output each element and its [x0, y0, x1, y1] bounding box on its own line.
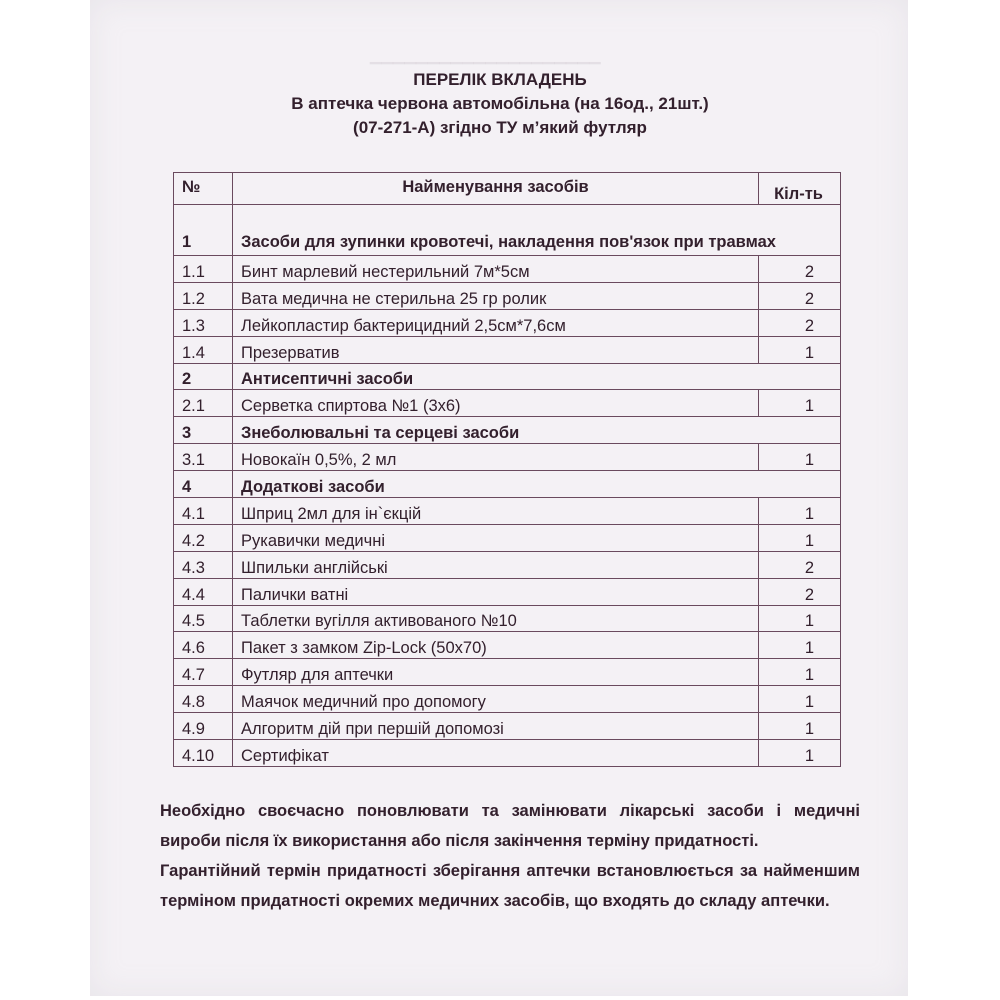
item-name: Бинт марлевий нестерильний 7м*5см	[233, 256, 759, 283]
item-num: 2.1	[174, 390, 233, 417]
item-name: Пакет з замком Zip-Lock (50х70)	[233, 632, 759, 659]
table-row: 4.10Сертифікат1	[174, 740, 841, 767]
note-renewal: Необхідно своєчасно поновлювати та замін…	[160, 796, 860, 856]
table-row: 4.2Рукавички медичні1	[174, 524, 841, 551]
item-qty: 1	[759, 632, 841, 659]
item-name: Рукавички медичні	[233, 524, 759, 551]
item-name: Серветка спиртова №1 (3х6)	[233, 390, 759, 417]
item-qty: 2	[759, 578, 841, 605]
table-row: 4.9Алгоритм дій при першій допомозі1	[174, 713, 841, 740]
table-row: 1.3Лейкопластир бактерицидний 2,5см*7,6с…	[174, 309, 841, 336]
item-num: 4.4	[174, 578, 233, 605]
section-num: 4	[174, 471, 233, 498]
item-qty: 1	[759, 498, 841, 525]
item-name: Вата медична не стерильна 25 гр ролик	[233, 282, 759, 309]
table-section-row: 4Додаткові засоби	[174, 471, 841, 498]
table-row: 1.4Презерватив1	[174, 336, 841, 363]
header-name: Найменування засобів	[233, 173, 759, 205]
section-name: Знеболювальні та серцеві засоби	[233, 417, 841, 444]
table-section-row: 3Знеболювальні та серцеві засоби	[174, 417, 841, 444]
item-num: 1.2	[174, 282, 233, 309]
table-row: 4.4Палички ватні2	[174, 578, 841, 605]
item-qty: 2	[759, 309, 841, 336]
item-qty: 1	[759, 740, 841, 767]
table-row: 1.2Вата медична не стерильна 25 гр ролик…	[174, 282, 841, 309]
item-name: Шприц 2мл для ін`єкцій	[233, 498, 759, 525]
table-header-row: № Найменування засобів Кіл-ть	[174, 173, 841, 205]
item-name: Алгоритм дій при першій допомозі	[233, 713, 759, 740]
table-section-row: 2Антисептичні засоби	[174, 363, 841, 390]
table-row: 2.1Серветка спиртова №1 (3х6)1	[174, 390, 841, 417]
item-num: 4.2	[174, 524, 233, 551]
item-qty: 1	[759, 605, 841, 632]
table-row: 4.3Шпильки англійські2	[174, 551, 841, 578]
section-num: 1	[174, 205, 233, 256]
item-qty: 1	[759, 390, 841, 417]
item-qty: 1	[759, 336, 841, 363]
table-row: 3.1Новокаїн 0,5%, 2 мл1	[174, 444, 841, 471]
table-row: 4.6Пакет з замком Zip-Lock (50х70)1	[174, 632, 841, 659]
item-name: Новокаїн 0,5%, 2 мл	[233, 444, 759, 471]
table-row: 4.5Таблетки вугілля активованого №101	[174, 605, 841, 632]
item-name: Лейкопластир бактерицидний 2,5см*7,6см	[233, 309, 759, 336]
item-name: Сертифікат	[233, 740, 759, 767]
notes: Необхідно своєчасно поновлювати та замін…	[160, 796, 860, 916]
section-name: Додаткові засоби	[233, 471, 841, 498]
item-qty: 2	[759, 551, 841, 578]
table-row: 4.1Шприц 2мл для ін`єкцій1	[174, 498, 841, 525]
item-num: 1.3	[174, 309, 233, 336]
item-num: 4.8	[174, 686, 233, 713]
table-row: 1.1Бинт марлевий нестерильний 7м*5см2	[174, 256, 841, 283]
item-num: 1.4	[174, 336, 233, 363]
table-section-row: 1Засоби для зупинки кровотечі, накладенн…	[174, 205, 841, 256]
contents-table: № Найменування засобів Кіл-ть 1Засоби дл…	[173, 172, 841, 767]
item-num: 4.7	[174, 659, 233, 686]
title-line-3: (07-271-А) згідно ТУ м’який футляр	[0, 116, 1000, 140]
item-qty: 2	[759, 282, 841, 309]
title-line-2: В аптечка червона автомобільна (на 16од.…	[0, 92, 1000, 116]
item-qty: 1	[759, 659, 841, 686]
section-num: 2	[174, 363, 233, 390]
item-qty: 1	[759, 713, 841, 740]
item-qty: 1	[759, 444, 841, 471]
item-name: Футляр для аптечки	[233, 659, 759, 686]
item-name: Презерватив	[233, 336, 759, 363]
table-row: 4.8Маячок медичний про допомогу1	[174, 686, 841, 713]
item-qty: 2	[759, 256, 841, 283]
item-num: 4.5	[174, 605, 233, 632]
section-num: 3	[174, 417, 233, 444]
item-name: Таблетки вугілля активованого №10	[233, 605, 759, 632]
item-qty: 1	[759, 686, 841, 713]
item-name: Палички ватні	[233, 578, 759, 605]
table-row: 4.7Футляр для аптечки1	[174, 659, 841, 686]
item-num: 1.1	[174, 256, 233, 283]
item-qty: 1	[759, 524, 841, 551]
item-num: 4.1	[174, 498, 233, 525]
header-num: №	[174, 173, 233, 205]
item-name: Шпильки англійські	[233, 551, 759, 578]
item-num: 4.9	[174, 713, 233, 740]
item-num: 3.1	[174, 444, 233, 471]
item-num: 4.3	[174, 551, 233, 578]
section-name: Засоби для зупинки кровотечі, накладення…	[233, 205, 841, 256]
section-name: Антисептичні засоби	[233, 363, 841, 390]
item-num: 4.10	[174, 740, 233, 767]
document-title: ПЕРЕЛІК ВКЛАДЕНЬ В аптечка червона автом…	[0, 68, 1000, 140]
note-warranty: Гарантійний термін придатності зберіганн…	[160, 856, 860, 916]
item-num: 4.6	[174, 632, 233, 659]
item-name: Маячок медичний про допомогу	[233, 686, 759, 713]
header-qty: Кіл-ть	[759, 173, 841, 205]
title-line-1: ПЕРЕЛІК ВКЛАДЕНЬ	[0, 68, 1000, 92]
